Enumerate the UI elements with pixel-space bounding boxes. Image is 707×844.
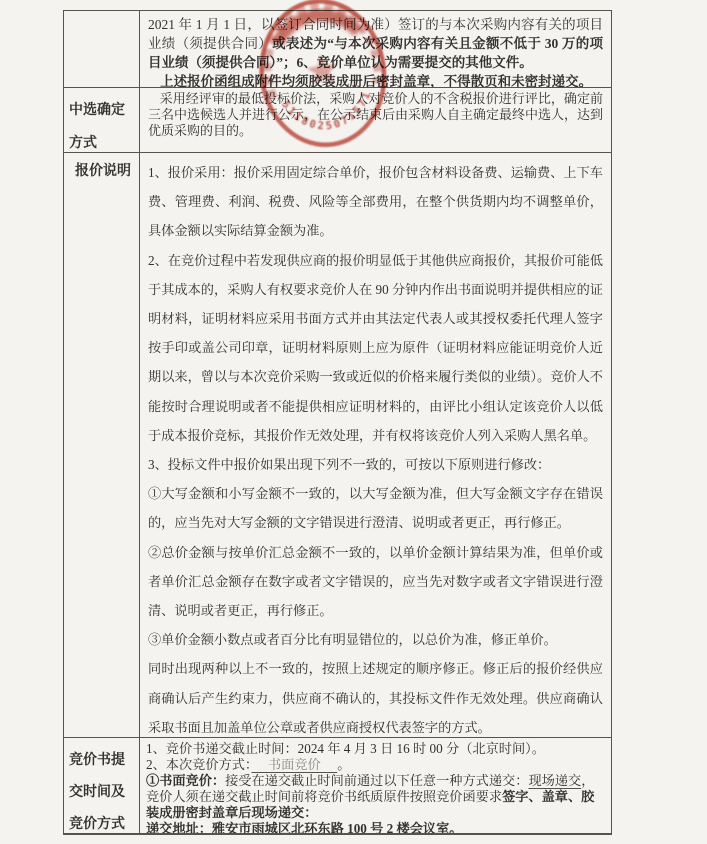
table-row-attachment-requirements-continued: 2021 年 1 月 1 日，以签订合同时间为准）签订的与本次采购内容有关的项目… [64,11,611,88]
text-span: 采用经评审的最低投标价法，采购人对竞价人的不含税报价进行评比，确定前三名中选候选… [148,91,603,138]
row-label-selection-method: 中选确定方式 [64,88,140,152]
row-content-submission-time-and-method: 1、竞价书递交截止时间：2024 年 4 月 3 日 16 时 00 分（北京时… [140,738,611,833]
text-span: 1、竞价书递交截止时间：2024 年 4 月 3 日 16 时 00 分（北京时… [146,741,545,756]
text-span: 2、本次竞价方式： [146,757,252,772]
text-span: 1、报价采用：报价采用固定综合单价，报价包含材料设备费、运输费、上下车费、管理费… [148,165,603,238]
paragraph: 2021 年 1 月 1 日，以签订合同时间为准）签订的与本次采购内容有关的项目… [148,15,603,72]
row-label-quotation-notes: 报价说明 [64,153,140,737]
row-label-attachment-requirements-continued [64,11,140,87]
text-span: ： [304,805,317,820]
paragraph: 1、竞价书递交截止时间：2024 年 4 月 3 日 16 时 00 分（北京时… [146,741,603,757]
bid-document-table: 2021 年 1 月 1 日，以签订合同时间为准）签订的与本次采购内容有关的项目… [63,10,612,835]
paragraph: 采用经评审的最低投标价法，采购人对竞价人的不含税报价进行评比，确定前三名中选候选… [148,91,603,138]
text-span: 上述报价函组成附件均须胶装成册后密封盖章，不得散页和未密封递交。 [160,74,592,87]
underlined-text: 现场递交 [528,773,581,788]
text-span: 。 [337,757,350,772]
paragraph: ①大写金额和小写金额不一致的，以大写金额为准，但大写金额文字存在错误的，应当先对… [148,479,603,537]
row-content-attachment-requirements-continued: 2021 年 1 月 1 日，以签订合同时间为准）签订的与本次采购内容有关的项目… [140,11,611,87]
text-span: 同时出现两种以上不一致的，按照上述规定的顺序修正。修正后的报价经供应商确认后产生… [148,661,603,734]
paragraph: 递交地址：雅安市雨城区北环东路 100 号 2 楼会议室。 [146,821,603,833]
paragraph: 1、报价采用：报价采用固定综合单价，报价包含材料设备费、运输费、上下车费、管理费… [148,158,603,246]
paragraph: ②总价金额与按单价汇总金额不一致的，以单价金额计算结果为准，但单价或者单价汇总金… [148,538,603,626]
text-span: 递交地址：雅安市雨城区北环东路 100 号 2 楼会议室。 [146,821,463,833]
row-label-submission-time-and-method: 竞价书提交时间及竞价方式 [64,738,140,833]
text-span: 接受在递交截止时间前通过以下任意一种方式递交： [225,773,528,788]
table-row-quotation-notes: 报价说明1、报价采用：报价采用固定综合单价，报价包含材料设备费、运输费、上下车费… [64,153,611,738]
paragraph: 同时出现两种以上不一致的，按照上述规定的顺序修正。修正后的报价经供应商确认后产生… [148,654,603,737]
text-span: ②总价金额与按单价汇总金额不一致的，以单价金额计算结果为准，但单价或者单价汇总金… [148,545,603,618]
table-row-submission-time-and-method: 竞价书提交时间及竞价方式1、竞价书递交截止时间：2024 年 4 月 3 日 1… [64,738,611,833]
table-row-selection-method: 中选确定方式采用经评审的最低投标价法，采购人对竞价人的不含税报价进行评比，确定前… [64,88,611,153]
text-span: 3、投标文件中报价如果出现下列不一致的，可按以下原则进行修改： [148,457,550,472]
paragraph: 2、在竞价过程中若发现供应商的报价明显低于其他供应商报价，其报价可能低于其成本的… [148,246,603,450]
row-content-quotation-notes: 1、报价采用：报价采用固定综合单价，报价包含材料设备费、运输费、上下车费、管理费… [140,153,611,737]
paragraph: ①书面竞价：接受在递交截止时间前通过以下任意一种方式递交：现场递交，竞价人须在递… [146,773,603,821]
row-content-selection-method: 采用经评审的最低投标价法，采购人对竞价人的不含税报价进行评比，确定前三名中选候选… [140,88,611,152]
underlined-text: 书面竞价 [252,757,338,772]
text-span: ③单价金额小数点或者百分比有明显错位的，以总价为准，修正单价。 [148,632,557,647]
text-span: ①书面竞价： [146,773,225,788]
paragraph: 3、投标文件中报价如果出现下列不一致的，可按以下原则进行修改： [148,450,603,479]
text-span: 2、在竞价过程中若发现供应商的报价明显低于其他供应商报价，其报价可能低于其成本的… [148,253,603,443]
text-span: ①大写金额和小写金额不一致的，以大写金额为准，但大写金额文字存在错误的，应当先对… [148,486,603,530]
paragraph: ③单价金额小数点或者百分比有明显错位的，以总价为准，修正单价。 [148,625,603,654]
paragraph: 上述报价函组成附件均须胶装成册后密封盖章，不得散页和未密封递交。 [148,72,603,87]
paragraph: 2、本次竞价方式： 书面竞价 。 [146,757,603,773]
